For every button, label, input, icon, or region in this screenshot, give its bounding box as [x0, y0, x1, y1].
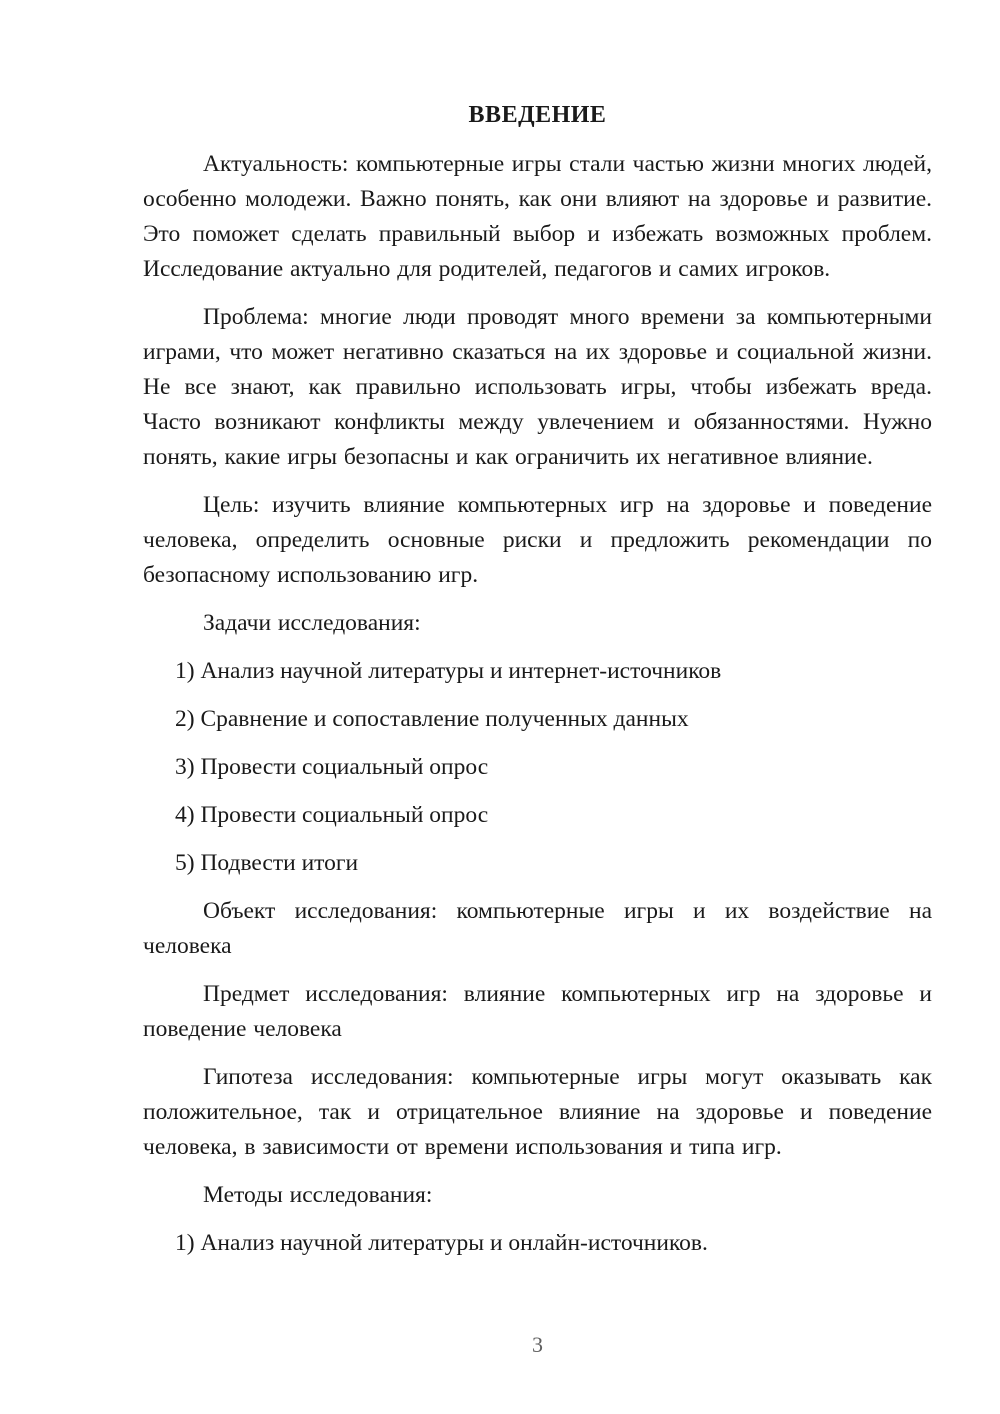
paragraph-object: Объект исследования: компьютерные игры и… [143, 894, 932, 964]
heading-tasks: Задачи исследования: [143, 606, 932, 641]
task-item-3: 3) Провести социальный опрос [175, 750, 932, 785]
task-item-4: 4) Провести социальный опрос [175, 798, 932, 833]
page-title: ВВЕДЕНИЕ [143, 98, 932, 133]
paragraph-hypothesis: Гипотеза исследования: компьютерные игры… [143, 1060, 932, 1165]
page-number: 3 [143, 1332, 932, 1358]
document-page: ВВЕДЕНИЕ Актуальность: компьютерные игры… [0, 0, 1000, 1414]
task-item-1: 1) Анализ научной литературы и интернет-… [175, 654, 932, 689]
paragraph-subject: Предмет исследования: влияние компьютерн… [143, 977, 932, 1047]
paragraph-goal: Цель: изучить влияние компьютерных игр н… [143, 488, 932, 593]
task-item-2: 2) Сравнение и сопоставление полученных … [175, 702, 932, 737]
task-item-5: 5) Подвести итоги [175, 846, 932, 881]
method-item-1: 1) Анализ научной литературы и онлайн-ис… [175, 1226, 932, 1261]
heading-methods: Методы исследования: [143, 1178, 932, 1213]
paragraph-relevance: Актуальность: компьютерные игры стали ча… [143, 147, 932, 287]
paragraph-problem: Проблема: многие люди проводят много вре… [143, 300, 932, 475]
document-body: ВВЕДЕНИЕ Актуальность: компьютерные игры… [143, 98, 932, 1274]
